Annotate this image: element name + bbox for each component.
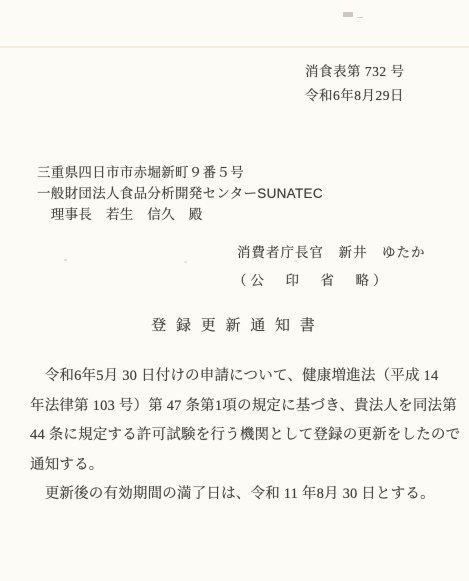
- document-header: 消食表第 732 号 令和6年8月29日: [305, 60, 405, 108]
- recipient-addressee: 理事長 若生 信久 殿: [37, 204, 323, 225]
- scan-artifact-line: [0, 46, 469, 48]
- document-title: 登 録 更 新 通 知 書: [0, 314, 469, 335]
- scanned-document-page: 消食表第 732 号 令和6年8月29日 三重県四日市市赤堀新町９番５号 一般財…: [0, 0, 469, 581]
- validity-line: 更新後の有効期間の満了日は、令和 11 年8月 30 日とする。: [30, 480, 444, 510]
- body-line-3: 44 条に規定する許可試験を行う機関として登録の更新をしたので: [30, 421, 444, 451]
- recipient-block: 三重県四日市市赤堀新町９番５号 一般財団法人食品分析開発センターSUNATEC …: [37, 162, 323, 225]
- scan-artifact-smudge: [343, 12, 353, 17]
- document-body: 令和6年5月 30 日付けの申請について、健康増進法（平成 14 年法律第 10…: [30, 362, 444, 510]
- issue-date: 令和6年8月29日: [305, 84, 405, 108]
- body-line-4: 通知する。: [30, 451, 444, 481]
- sender-name: 消費者庁長官 新井 ゆたか: [237, 241, 426, 261]
- body-line-2: 年法律第 103 号）第 47 条第1項の規定に基づき、貴法人を同法第: [30, 392, 444, 422]
- scan-artifact-specks: [64, 259, 67, 261]
- recipient-organization: 一般財団法人食品分析開発センターSUNATEC: [37, 183, 323, 204]
- doc-number: 消食表第 732 号: [305, 60, 405, 84]
- body-line-1: 令和6年5月 30 日付けの申請について、健康増進法（平成 14: [30, 362, 444, 392]
- recipient-address: 三重県四日市市赤堀新町９番５号: [37, 162, 323, 183]
- seal-omission-note: （公 印 省 略）: [233, 269, 391, 289]
